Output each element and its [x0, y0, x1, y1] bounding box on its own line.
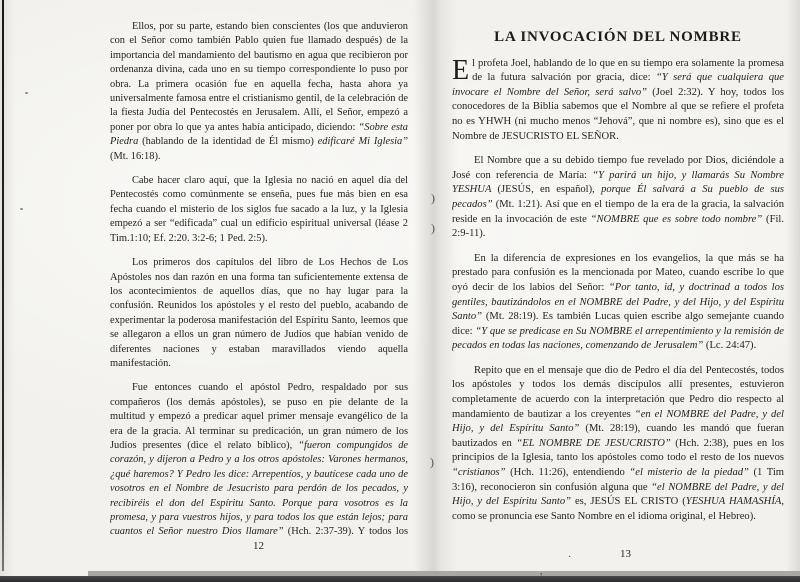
paragraph: Fue entonces cuando el apóstol Pedro, re…	[110, 381, 408, 536]
page-title: LA INVOCACIÓN DEL NOMBRE	[452, 30, 784, 45]
paragraph: Ellos, por su parte, estando bien consci…	[110, 20, 408, 164]
right-page: LA INVOCACIÓN DEL NOMBRE El profeta Joel…	[452, 28, 784, 556]
scan-speck	[20, 208, 23, 210]
drop-cap: E	[452, 57, 472, 82]
scan-mark: )	[431, 191, 435, 206]
scan-mark: )	[430, 455, 434, 470]
scan-right-edge	[786, 0, 800, 576]
paragraph: Cabe hacer claro aquí, que la Iglesia no…	[110, 174, 408, 246]
paragraph: El Nombre que a su debido tiempo fue rev…	[452, 154, 784, 242]
paragraph: El profeta Joel, hablando de lo que en s…	[452, 57, 784, 145]
page-number: 13	[620, 548, 631, 560]
scan-left-edge-line	[2, 0, 4, 571]
scan-speck	[25, 92, 28, 94]
paragraph: En la diferencia de expresiones en los e…	[452, 252, 784, 354]
bottom-dark-band	[0, 576, 800, 582]
paragraph: Los primeros dos capítulos del libro de …	[110, 256, 408, 371]
scan-mark: ,	[540, 566, 543, 577]
page-number: 12	[253, 540, 264, 552]
paragraph-text: l profeta Joel, hablando de lo que en su…	[452, 58, 784, 142]
left-page: Ellos, por su parte, estando bien consci…	[110, 20, 408, 536]
paragraph: Repito que en el mensaje que dio de Pedr…	[452, 364, 784, 525]
scanned-book-spread: ) ) ) · , Ellos, por su parte, estando b…	[0, 0, 800, 582]
scan-mark: )	[431, 221, 435, 236]
